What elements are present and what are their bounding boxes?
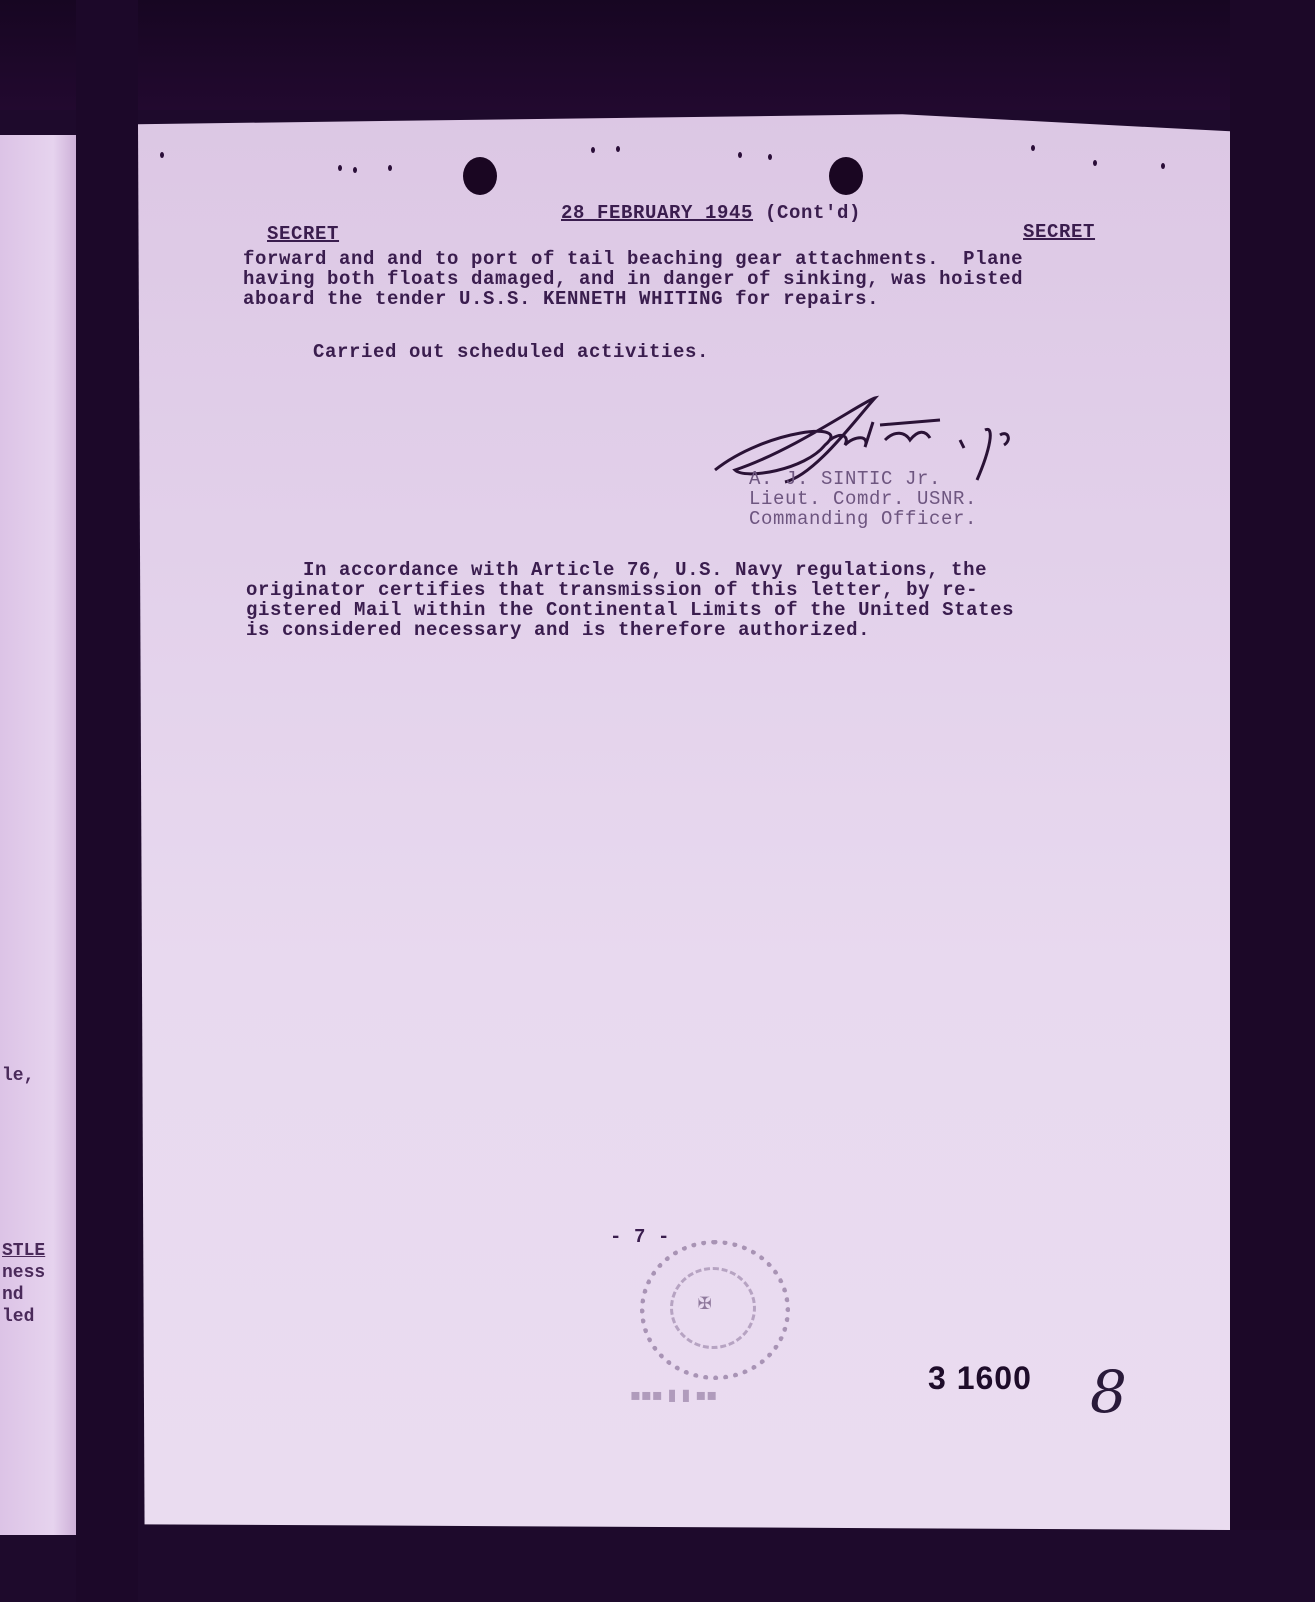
faint-date-stamp: ▪▪▪ ▮ ▮ ▪▪: [630, 1385, 717, 1404]
film-border-bottom: [0, 1530, 1315, 1602]
handwritten-number: 8: [1090, 1358, 1127, 1426]
adjacent-page: le, STLE ness nd led: [0, 135, 79, 1535]
adjacent-page-fragment: led: [2, 1306, 34, 1328]
adjacent-page-fragment: ness: [2, 1262, 45, 1284]
classification-right: SECRET: [1023, 221, 1095, 243]
signer-name: A. J. SINTIC Jr.: [749, 470, 941, 489]
speck: [1031, 145, 1035, 151]
film-border-right: [1230, 0, 1315, 1602]
page-number: - 7 -: [610, 1228, 670, 1247]
speck: [388, 165, 392, 171]
classification-right-wrap: SECRET: [999, 204, 1095, 242]
body-paragraph: Carried out scheduled activities.: [313, 343, 709, 362]
certification-line: originator certifies that transmission o…: [246, 581, 978, 600]
header-date-block: 28 FEBRUARY 1945 (Cont'd): [561, 204, 861, 223]
speck: [768, 154, 772, 160]
body-line: having both floats damaged, and in dange…: [243, 270, 1023, 289]
adjacent-page-fragment: STLE: [2, 1240, 45, 1262]
speck: [353, 167, 357, 173]
speck: [1161, 163, 1165, 169]
speck: [160, 152, 164, 158]
punch-hole: [829, 157, 863, 195]
stamp-emblem-icon: ✠: [698, 1290, 711, 1316]
speck: [738, 152, 742, 158]
document-number: 3 1600: [928, 1360, 1032, 1397]
film-border-left: [76, 0, 138, 1602]
signer-rank: Lieut. Comdr. USNR.: [749, 490, 977, 509]
circular-stamp-icon: ✠: [640, 1240, 790, 1380]
punch-hole: [463, 157, 497, 195]
adjacent-page-fragment: le,: [2, 1065, 34, 1087]
signer-title: Commanding Officer.: [749, 510, 977, 529]
speck: [591, 147, 595, 153]
speck: [1093, 160, 1097, 166]
speck: [338, 165, 342, 171]
classification-left: SECRET: [267, 223, 339, 245]
certification-line: gistered Mail within the Continental Lim…: [246, 601, 1014, 620]
adjacent-page-fragment: nd: [2, 1284, 24, 1306]
body-line: aboard the tender U.S.S. KENNETH WHITING…: [243, 290, 879, 309]
film-border-top: [0, 0, 1315, 110]
document-header: SECRET: [243, 206, 339, 244]
body-line: forward and and to port of tail beaching…: [243, 250, 1023, 269]
speck: [616, 146, 620, 152]
header-continued: (Cont'd): [765, 202, 861, 224]
certification-line: In accordance with Article 76, U.S. Navy…: [243, 561, 987, 580]
header-date: 28 FEBRUARY 1945: [561, 202, 753, 224]
certification-line: is considered necessary and is therefore…: [246, 621, 870, 640]
